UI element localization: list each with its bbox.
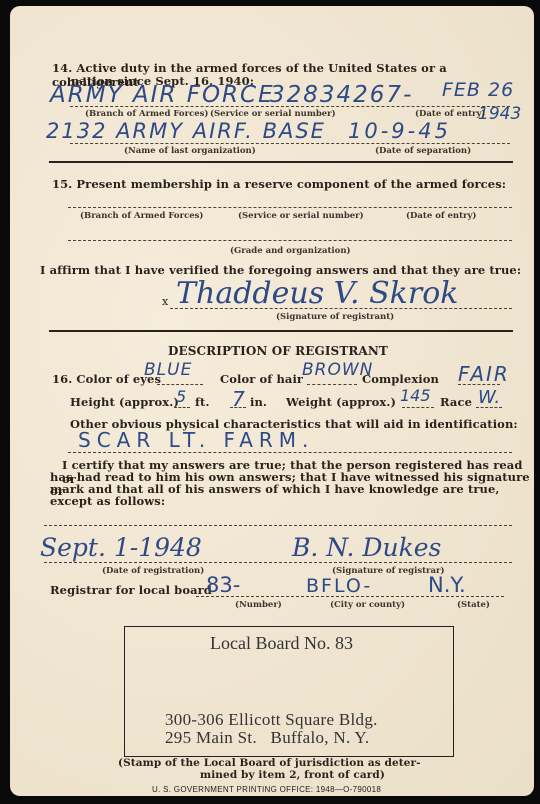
caption-serial: (Service or serial number) [210,109,336,119]
divider-1 [49,161,513,163]
board-label: Registrar for local board [50,583,212,597]
branch-value: ARMY AIR FORCE [50,82,275,108]
divider-2 [49,330,513,332]
hair-label: Color of hair [220,372,303,386]
height-ft-line [174,407,190,408]
stamp-address-line1: 300-306 Ellicott Square Bldg. [165,710,378,730]
signature-mark: x [162,295,168,308]
ft-label: ft. [195,395,210,409]
serial-value: 32834267- [270,82,413,108]
hair-line [307,384,357,385]
stamp-address-line2: 295 Main St. Buffalo, N. Y. [165,728,369,748]
eyes-line [157,384,203,385]
item15-line1 [68,207,512,208]
item15-line2 [68,240,512,241]
cert-line4: except as follows: [50,494,165,508]
race-label: Race [440,395,472,409]
caption-reserve-date: (Date of entry) [406,211,476,221]
caption-city: (City or county) [330,600,405,610]
height-label: Height (approx.) [70,395,179,409]
registration-line [44,562,512,563]
other-characteristics-value: SCAR LT. FARM. [78,428,314,452]
board-line [196,596,504,597]
affirmation-text: I affirm that I have verified the forego… [40,263,521,277]
printing-office-footer: U. S. GOVERNMENT PRINTING OFFICE: 1948—O… [152,785,381,794]
weight-value: 145 [400,386,431,405]
registration-card-back: 14. Active duty in the armed forces of t… [10,6,534,796]
height-in-value: 7 [232,387,245,411]
stamp-title: Local Board No. 83 [210,633,353,654]
registrant-signature: Thaddeus V. Skrok [176,276,458,311]
in-label: in. [250,395,267,409]
race-value: W. [478,387,500,408]
signature-line [170,308,512,309]
local-board-stamp: Local Board No. 83 300-306 Ellicott Squa… [124,626,454,757]
caption-last-org: (Name of last organization) [124,146,256,156]
complexion-value: FAIR [458,362,510,386]
stamp-caption-line2: mined by item 2, front of card) [200,769,385,781]
item14-line2 [70,143,510,144]
board-state-value: N.Y. [428,573,466,597]
date-registration-value: Sept. 1-1948 [40,533,202,562]
board-number-value: 83- [206,573,240,597]
last-org-value: 2132 ARMY AIRF. BASE [46,119,326,143]
weight-label: Weight (approx.) [286,395,396,409]
other-line [68,452,512,453]
height-ft-value: 5 [176,387,186,406]
registrar-signature: B. N. Dukes [292,533,441,562]
stamp-caption-line1: (Stamp of the Local Board of jurisdictio… [118,757,421,769]
caption-reserve-branch: (Branch of Armed Forces) [80,211,203,221]
exceptions-line [44,525,512,526]
date-separation-value: 10-9-45 [348,119,451,143]
eyes-value: BLUE [144,360,192,380]
caption-branch: (Branch of Armed Forces) [85,109,208,119]
description-heading: DESCRIPTION OF REGISTRANT [168,344,388,358]
complexion-label: Complexion [362,372,439,386]
caption-signature-registrant: (Signature of registrant) [276,312,394,322]
caption-grade: (Grade and organization) [230,246,351,256]
caption-date-registration: (Date of registration) [102,566,204,576]
caption-reserve-serial: (Service or serial number) [238,211,364,221]
item14-line1 [70,106,510,107]
date-entry-value: FEB 26 [442,79,514,101]
caption-date-entry: (Date of entry) [415,109,485,119]
board-city-value: BFLO- [306,575,372,597]
weight-line [402,407,434,408]
caption-date-separation: (Date of separation) [375,146,471,156]
item15-label: 15. Present membership in a reserve comp… [52,177,506,191]
caption-state: (State) [457,600,490,610]
caption-number: (Number) [235,600,282,610]
